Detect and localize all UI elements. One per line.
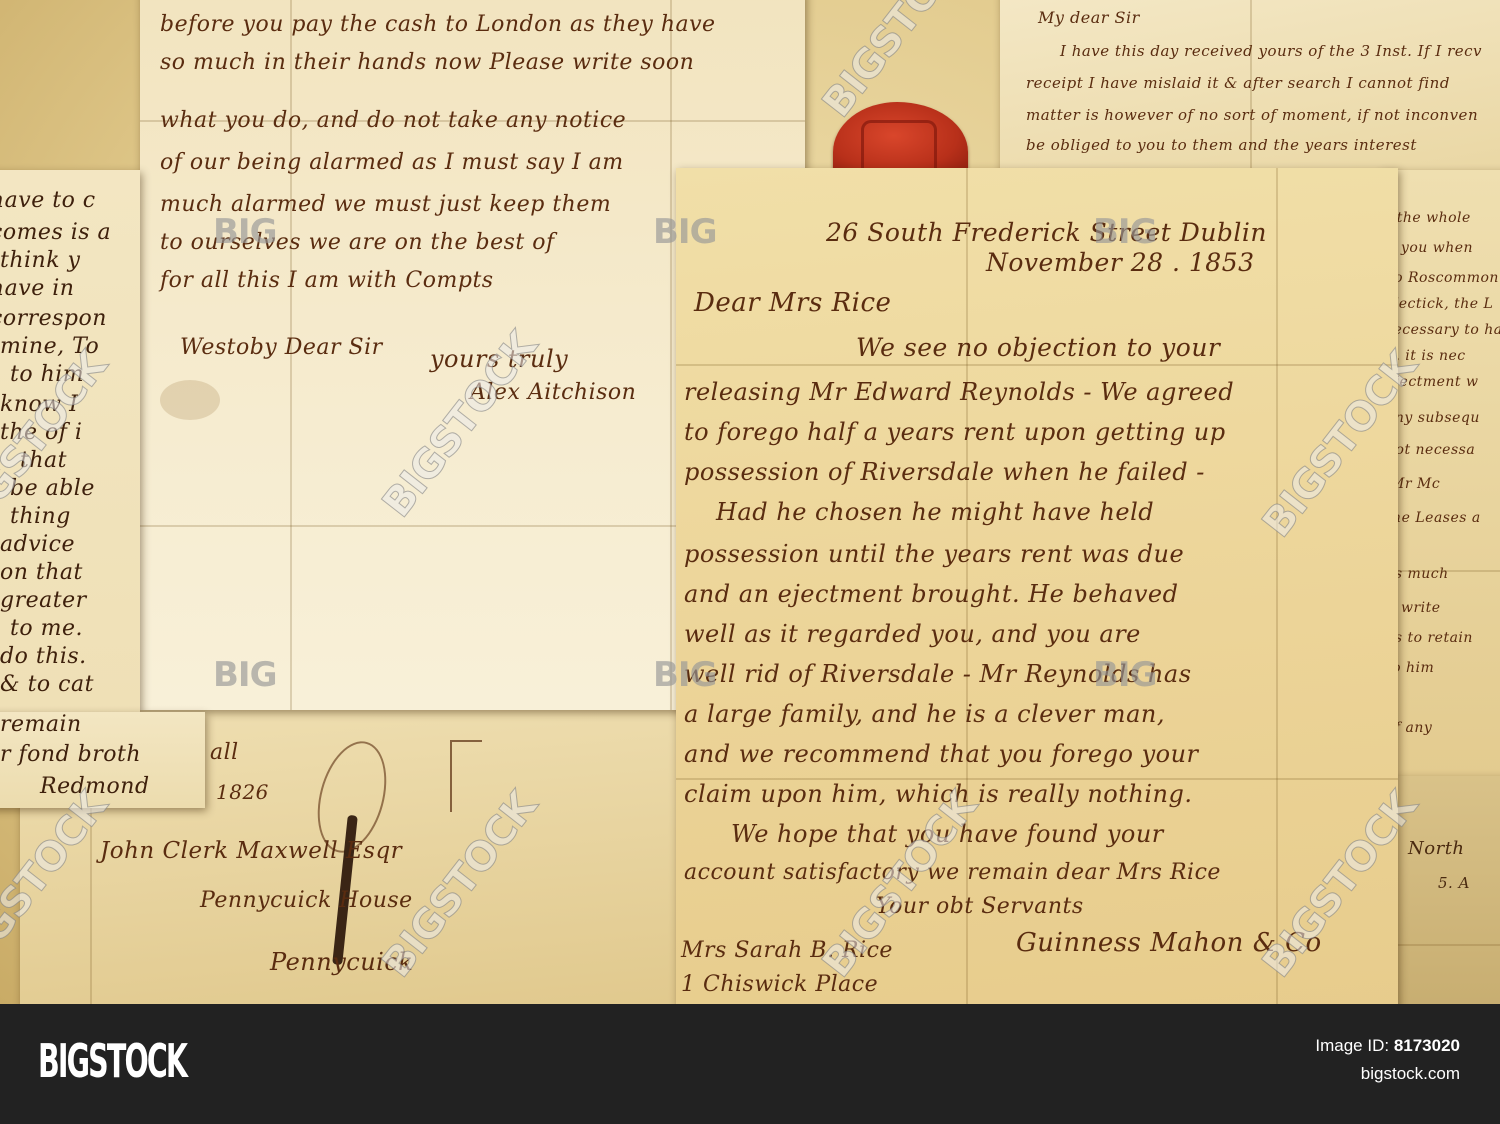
letter-left-bottom: remain r fond broth Redmond <box>0 712 205 808</box>
handwriting-line: the Leases a <box>1386 510 1481 526</box>
watermark: BIG <box>213 212 276 252</box>
handwriting-line: necessary to hav <box>1384 322 1500 338</box>
handwriting-line: have in <box>0 276 74 301</box>
handwriting-line: & to cat <box>0 672 94 697</box>
watermark: BIG <box>1093 655 1156 695</box>
seal-impression <box>861 120 937 173</box>
fold-crease <box>1380 570 1500 572</box>
handwriting-line: well as it regarded you, and you are <box>684 620 1141 648</box>
letter-center: 26 South Frederick Street Dublin Novembe… <box>676 168 1398 1004</box>
image-id-value: 8173020 <box>1394 1036 1460 1055</box>
letter-date: November 28 . 1853 <box>986 248 1255 277</box>
image-id-label: Image ID: <box>1315 1036 1389 1055</box>
handwriting-line: and we recommend that you forego your <box>684 740 1199 768</box>
fold-crease <box>676 364 1398 366</box>
letter-salutation: Dear Mrs Rice <box>694 288 891 318</box>
handwriting-line: to Roscommon <box>1388 270 1499 286</box>
watermark: BIG <box>1093 212 1156 252</box>
handwriting-line: have to c <box>0 188 96 213</box>
stain <box>160 380 220 420</box>
watermark: BIG <box>213 655 276 695</box>
handwriting-line: to forego half a years rent upon getting… <box>684 418 1226 446</box>
handwriting-line: I have this day received yours of the 3 … <box>1060 42 1482 60</box>
handwriting-line: thing <box>10 504 71 529</box>
handwriting-line: advice <box>0 532 75 557</box>
handwriting-line: Westoby Dear Sir <box>180 335 383 360</box>
handwriting-line: think y <box>0 248 80 273</box>
image-id-row: Image ID: 8173020 <box>1315 1032 1460 1060</box>
handwriting-line: releasing Mr Edward Reynolds - We agreed <box>684 378 1234 406</box>
bigstock-logo[interactable]: BIGSTOCK <box>38 1038 186 1084</box>
image-meta: Image ID: 8173020 bigstock.com <box>1315 1032 1460 1088</box>
handwriting-line: and an ejectment brought. He behaved <box>684 580 1178 608</box>
handwriting-line: receipt I have mislaid it & after search… <box>1026 74 1450 92</box>
handwriting-line: before you pay the cash to London as the… <box>160 12 716 37</box>
handwriting-line: possession of Riversdale when he failed … <box>684 458 1205 486</box>
handwriting-line: not necessa <box>1386 442 1475 458</box>
watermark: BIG <box>653 212 716 252</box>
handwriting-line: possession until the years rent was due <box>684 540 1184 568</box>
handwriting-line: what you do, and do not take any notice <box>160 108 626 133</box>
postmark-text: 1826 <box>216 780 269 804</box>
handwriting-line: on that <box>0 560 83 585</box>
handwriting-line: any subsequ <box>1386 410 1480 426</box>
watermark: BIG <box>653 655 716 695</box>
photo: My dear Sir I have this day received you… <box>0 0 1500 1004</box>
letter-top-right: My dear Sir I have this day received you… <box>1000 0 1500 190</box>
fold-crease <box>1394 944 1500 946</box>
site-link[interactable]: bigstock.com <box>1315 1060 1460 1088</box>
handwriting-line: correspon <box>0 306 107 331</box>
handwriting-line: Hectick, the L <box>1386 296 1493 312</box>
handwriting-line: for all this I am with Compts <box>160 268 494 293</box>
handwriting-line: remain <box>0 712 82 737</box>
handwriting-line: of our being alarmed as I must say I am <box>160 150 624 175</box>
handwriting-line: matter is however of no sort of moment, … <box>1026 106 1478 124</box>
handwriting-line: North <box>1408 838 1465 859</box>
postmark-text: all <box>210 740 239 765</box>
fold-crease <box>1250 0 1252 190</box>
address-line: Pennycuick House <box>200 888 413 913</box>
handwriting-line: as to retain <box>1386 630 1473 646</box>
handwriting-line: a large family, and he is a clever man, <box>684 700 1165 728</box>
handwriting-line: We see no objection to your <box>856 333 1220 362</box>
handwriting-line: be obliged to you to them and the years … <box>1026 136 1417 154</box>
fold-crease <box>670 0 672 710</box>
stamp-frame <box>450 740 482 812</box>
handwriting-line: so much in their hands now Please write … <box>160 50 694 75</box>
handwriting-line: do this. <box>0 644 87 669</box>
handwriting-line: Had he chosen he might have held <box>716 498 1154 526</box>
handwriting-line: My dear Sir <box>1038 8 1140 27</box>
address-line: John Clerk Maxwell Esqr <box>100 838 402 864</box>
handwriting-line: comes is a <box>0 220 111 245</box>
handwriting-line: account satisfactory we remain dear Mrs … <box>684 860 1221 885</box>
footer-bar: BIGSTOCK Image ID: 8173020 bigstock.com <box>0 1004 1500 1124</box>
fold-crease <box>1276 168 1278 1004</box>
handwriting-line: greater <box>0 588 87 613</box>
letter-address-header: 26 South Frederick Street Dublin <box>826 218 1267 247</box>
handwriting-line: 5. A <box>1438 874 1470 892</box>
letter-far-right: for the whole use you when to Roscommon … <box>1380 170 1500 780</box>
handwriting-line: to me. <box>10 616 83 641</box>
handwriting-line: r fond broth <box>0 742 141 767</box>
